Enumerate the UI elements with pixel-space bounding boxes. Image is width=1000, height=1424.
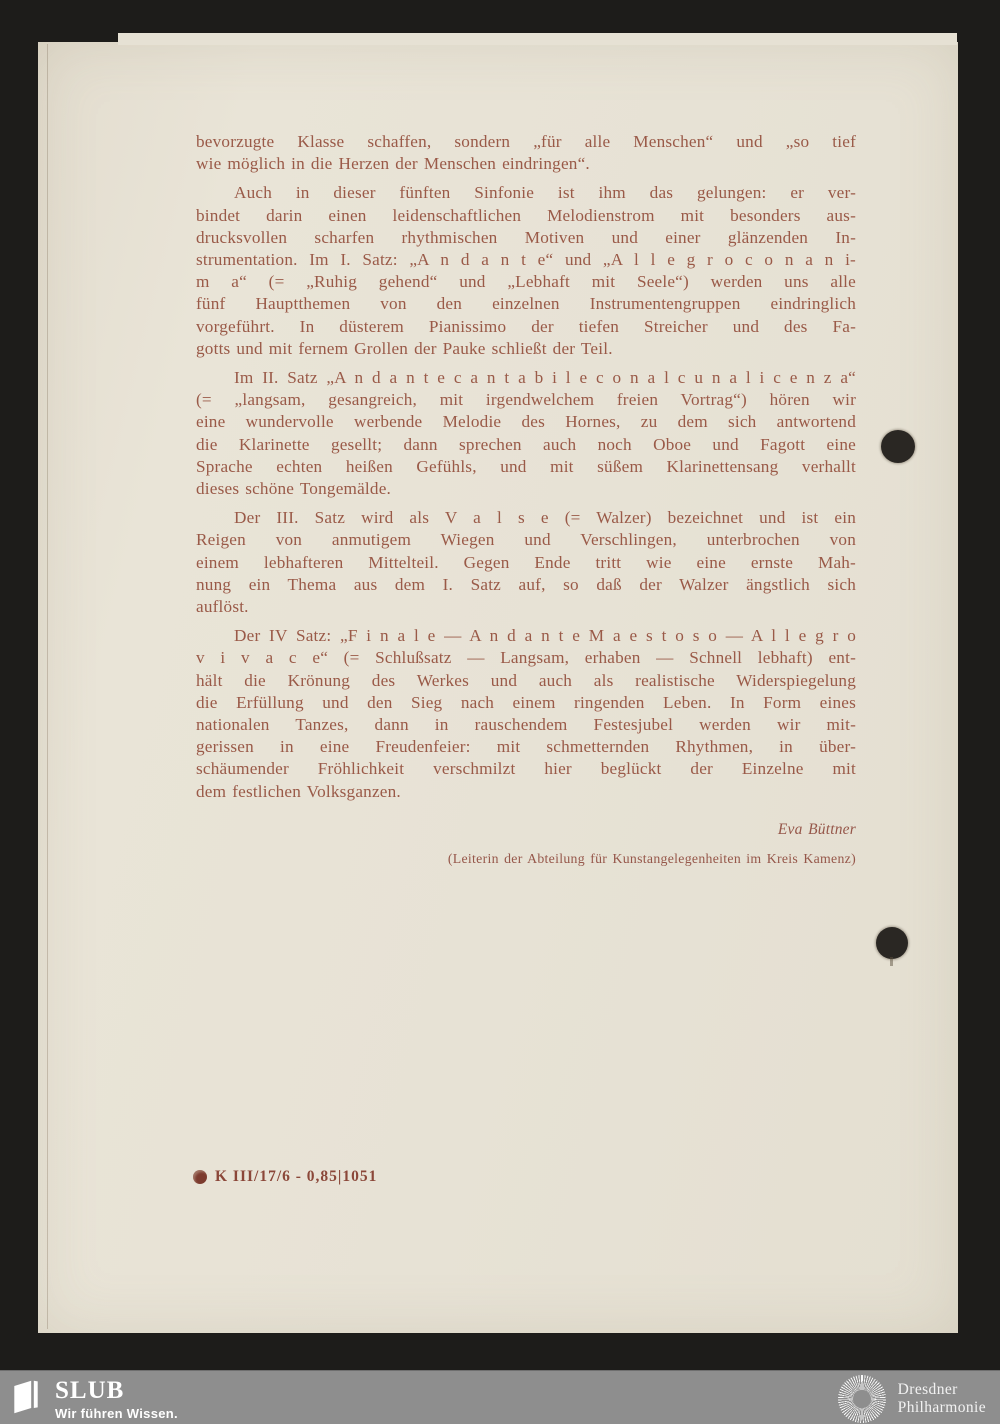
- slub-tagline: Wir führen Wissen.: [55, 1406, 178, 1421]
- paragraph: Im II. Satz „A n d a n t e c a n t a b i…: [196, 367, 856, 500]
- text-line: hält die Krönung des Werkes und auch als…: [196, 670, 856, 692]
- paragraph: Auch in dieser fünften Sinfonie ist ihm …: [196, 182, 856, 360]
- paper-sheet: bevorzugte Klasse schaffen, sondern „für…: [38, 42, 958, 1333]
- text-line: Reigen von anmutigem Wiegen und Verschli…: [196, 529, 856, 551]
- punch-hole: [876, 927, 908, 959]
- philharmonie-line1: Dresdner: [898, 1381, 986, 1399]
- starburst-icon: [838, 1375, 886, 1423]
- philharmonie-line2: Philharmonie: [898, 1399, 986, 1417]
- text-line: gerissen in eine Freudenfeier: mit schme…: [196, 736, 856, 758]
- text-line: (= „langsam, gesangreich, mit irgendwelc…: [196, 389, 856, 411]
- text-line: Der IV Satz: „F i n a l e — A n d a n t …: [196, 625, 856, 647]
- text-line: schäumender Fröhlichkeit verschmilzt hie…: [196, 758, 856, 780]
- punch-hole: [881, 430, 915, 463]
- printer-mark-icon: [193, 1170, 207, 1184]
- text-line: strumentation. Im I. Satz: „A n d a n t …: [196, 249, 856, 271]
- text-line: Der III. Satz wird als V a l s e (= Walz…: [196, 507, 856, 529]
- text-line: vorgeführt. In düsterem Pianissimo der t…: [196, 316, 856, 338]
- text-line: auflöst.: [196, 596, 856, 618]
- paragraph: Der III. Satz wird als V a l s e (= Walz…: [196, 507, 856, 618]
- text-line: Im II. Satz „A n d a n t e c a n t a b i…: [196, 367, 856, 389]
- text-line: drucksvollen scharfen rhythmischen Motiv…: [196, 227, 856, 249]
- imprint: K III/17/6 - 0,85|1051: [193, 1168, 377, 1186]
- paragraph-container: bevorzugte Klasse schaffen, sondern „für…: [196, 131, 856, 803]
- text-line: die Erfüllung und den Sieg nach einem ri…: [196, 692, 856, 714]
- text-line: Sprache echten heißen Gefühls, und mit s…: [196, 456, 856, 478]
- text-line: gotts und mit fernem Grollen der Pauke s…: [196, 338, 856, 360]
- text-line: fünf Hauptthemen von den einzelnen Instr…: [196, 293, 856, 315]
- text-line: eine wundervolle werbende Melodie des Ho…: [196, 411, 856, 433]
- slub-text: SLUB Wir führen Wissen.: [55, 1378, 178, 1421]
- text-line: Auch in dieser fünften Sinfonie ist ihm …: [196, 182, 856, 204]
- text-line: einem lebhafteren Mittelteil. Gegen Ende…: [196, 552, 856, 574]
- text-line: v i v a c e“ (= Schlußsatz — Langsam, er…: [196, 647, 856, 669]
- signature-role: (Leiterin der Abteilung für Kunstangeleg…: [196, 848, 856, 870]
- text-line: dieses schöne Tongemälde.: [196, 478, 856, 500]
- text-line: bindet darin einen leidenschaftlichen Me…: [196, 205, 856, 227]
- text-line: nationalen Tanzes, dann in rauschendem F…: [196, 714, 856, 736]
- slub-logo[interactable]: SLUB Wir führen Wissen.: [13, 1378, 178, 1421]
- page-text: bevorzugte Klasse schaffen, sondern „für…: [196, 131, 856, 870]
- text-line: die Klarinette gesellt; dann sprechen au…: [196, 434, 856, 456]
- text-line: m a“ (= „Ruhig gehend“ und „Lebhaft mit …: [196, 271, 856, 293]
- scan-viewer: { "colors": { "background": "#1d1c1a", "…: [0, 0, 1000, 1424]
- text-line: wie möglich in die Herzen der Menschen e…: [196, 153, 856, 175]
- text-line: nung ein Thema aus dem I. Satz auf, so d…: [196, 574, 856, 596]
- viewer-footer: SLUB Wir führen Wissen. Dresdner Philhar…: [0, 1370, 1000, 1424]
- text-line: dem festlichen Volksganzen.: [196, 781, 856, 803]
- text-line: bevorzugte Klasse schaffen, sondern „für…: [196, 131, 856, 153]
- slub-wordmark: SLUB: [55, 1378, 178, 1403]
- paragraph: bevorzugte Klasse schaffen, sondern „für…: [196, 131, 856, 175]
- paragraph: Der IV Satz: „F i n a l e — A n d a n t …: [196, 625, 856, 803]
- under-sheet-edge: [118, 33, 957, 45]
- book-icon: [13, 1379, 39, 1415]
- philharmonie-wordmark: Dresdner Philharmonie: [898, 1381, 986, 1417]
- philharmonie-logo[interactable]: Dresdner Philharmonie: [838, 1375, 986, 1423]
- imprint-code: K III/17/6 - 0,85|1051: [215, 1168, 377, 1186]
- signature: Eva Büttner: [196, 819, 856, 841]
